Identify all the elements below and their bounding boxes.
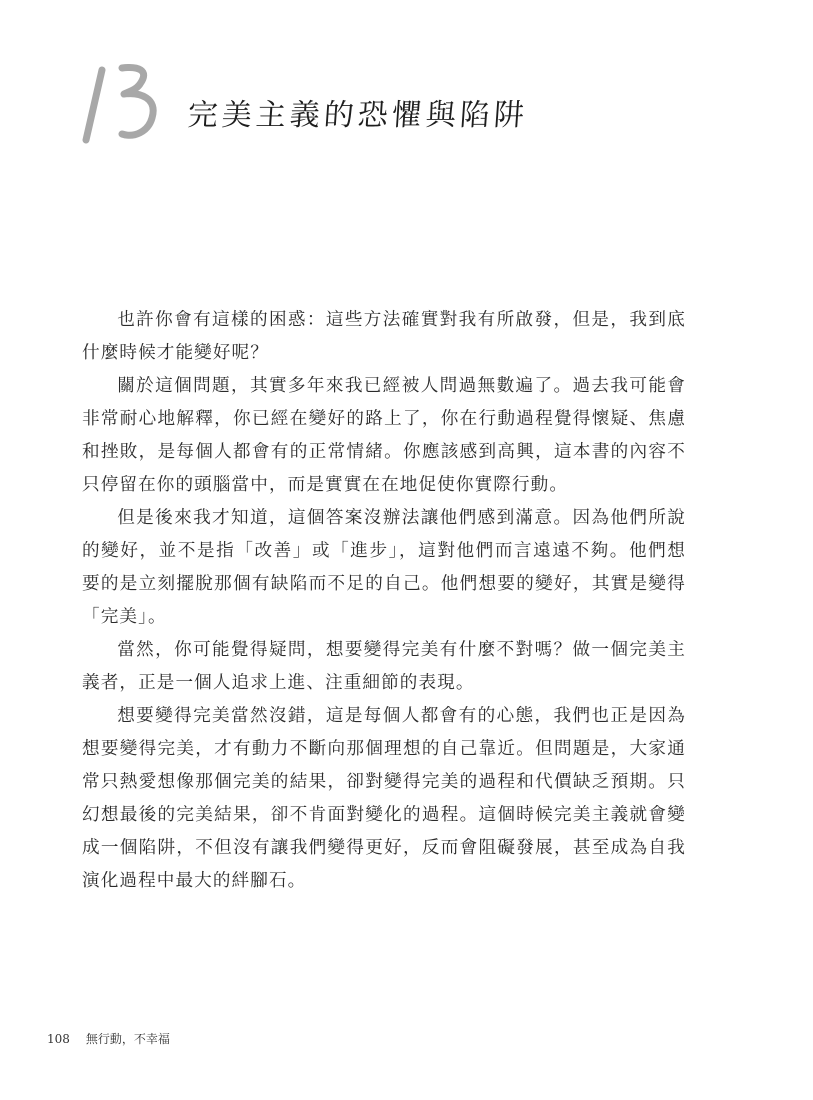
paragraph-5: 想要變得完美當然沒錯，這是每個人都會有的心態，我們也正是因為想要變得完美，才有動…: [82, 700, 686, 898]
book-title: 無行動，不幸福: [86, 1032, 170, 1046]
page-footer: 108 無行動，不幸福: [47, 1030, 170, 1047]
paragraph-3: 但是後來我才知道，這個答案沒辦法讓他們感到滿意。因為他們所說的變好，並不是指「改…: [82, 502, 686, 634]
chapter-title: 完美主義的恐懼與陷阱: [186, 90, 529, 134]
paragraph-2: 關於這個問題，其實多年來我已經被人問過無數遍了。過去我可能會非常耐心地解釋，你已…: [82, 370, 686, 502]
chapter-number-handwritten: [80, 62, 170, 152]
chapter-header: 13 完美主義的恐懼與陷阱: [80, 62, 640, 152]
page-number: 108: [47, 1032, 82, 1046]
paragraph-1: 也許你會有這樣的困惑：這些方法確實對我有所啟發，但是，我到底什麼時候才能變好呢？: [82, 304, 686, 370]
body-text: 也許你會有這樣的困惑：這些方法確實對我有所啟發，但是，我到底什麼時候才能變好呢？…: [82, 304, 686, 898]
paragraph-4: 當然，你可能覺得疑問，想要變得完美有什麼不對嗎？做一個完美主義者，正是一個人追求…: [82, 634, 686, 700]
